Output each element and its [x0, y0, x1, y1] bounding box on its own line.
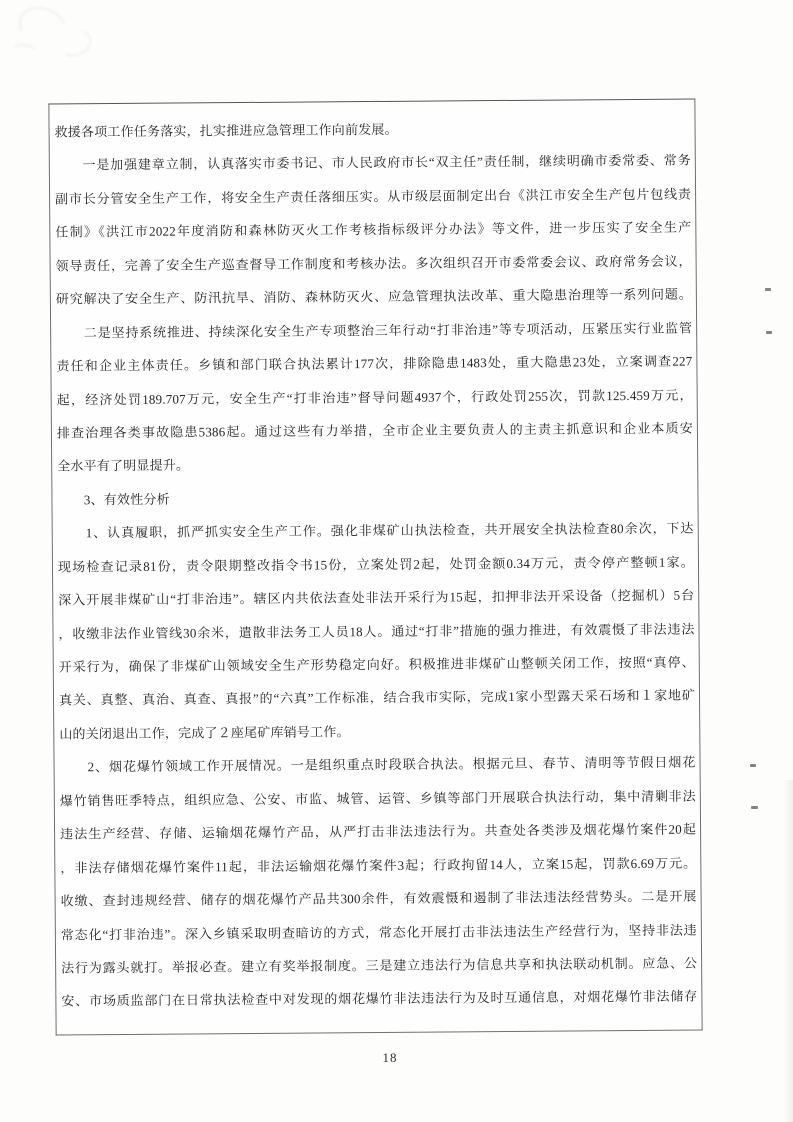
- text-line: 安、市场质监部门在日常执法检查中对发现的烟花爆竹非法违法行为及时互通信息，对烟花…: [61, 980, 697, 1018]
- text-line: 爆竹销售旺季特点，组织应急、公安、市监、城管、运管、乡镇等部门开展联合执法行动，…: [60, 779, 696, 817]
- text-line: 领导责任，完善了安全生产巡查督导工作制度和考核办法。多次组织召开市委常委会议、政…: [55, 244, 691, 282]
- scan-speck: [765, 288, 771, 291]
- text-line: 深入开展非煤矿山“打非治违”。辖区内共依法查处非法开采行为15起，扣押非法开采设…: [58, 579, 694, 617]
- text-line: 救援各项工作任务落实，扎实推进应急管理工作向前发展。: [54, 111, 690, 149]
- text-line: 任制》《洪江市2022年度消防和森林防灭火工作考核指标级评分办法》等文件，进一步…: [55, 211, 691, 249]
- document-text-cell: 救援各项工作任务落实，扎实推进应急管理工作向前发展。 一是加强建章立制，认真落实…: [48, 98, 702, 1035]
- text-line: 山的关闭退出工作，完成了２座尾矿库销号工作。: [59, 712, 695, 750]
- scan-speck: [766, 331, 772, 334]
- text-line: 起，经济处罚189.707万元，安全生产“打非治违”督导问题4937个，行政处罚…: [57, 378, 693, 416]
- text-line: 排查治理各类事故隐患5386起。通过这些有力举措，全市企业主要负责人的主责主抓意…: [57, 411, 693, 449]
- scan-speck: [750, 764, 756, 767]
- text-line: 副市长分管安全生产工作，将安全生产责任落细压实。从市级层面制定出台《洪江市安全生…: [55, 177, 691, 215]
- text-line: 真关、真整、真治、真查、真报”的“六真”工作标准，结合我市实际，完成1家小型露天…: [59, 679, 695, 717]
- text-line: 2、烟花爆竹领域工作开展情况。一是组织重点时段联合执法。根据元旦、春节、清明等节…: [59, 746, 695, 784]
- page-number: 18: [0, 1050, 780, 1066]
- text-line: 1、认真履职，抓严抓实安全生产工作。强化非煤矿山执法检查，共开展安全执法检查80…: [58, 512, 694, 550]
- text-line: 法行为露头就打。举报必查。建立有奖举报制度。三是建立违法行为信息共享和执法联动机…: [61, 946, 697, 984]
- text-line: 责任和企业主体责任。乡镇和部门联合执法累计177次，排除隐患1483处，重大隐患…: [56, 345, 692, 383]
- scanned-page: 救援各项工作任务落实，扎实推进应急管理工作向前发展。 一是加强建章立制，认真落实…: [0, 0, 793, 1122]
- text-line: 全水平有了明显提升。: [57, 445, 693, 483]
- text-line: 一是加强建章立制，认真落实市委书记、市人民政府市长“双主任”责任制，继续明确市委…: [55, 144, 691, 182]
- section-heading-line: 3、有效性分析: [57, 478, 693, 516]
- text-line: 研究解决了安全生产、防汛抗旱、消防、森林防灭火、应急管理执法改革、重大隐患治理等…: [56, 278, 692, 316]
- text-line: 收缴、查封违规经营、储存的烟花爆竹产品共300余件，有效震慑和遏制了非法违法经营…: [60, 880, 696, 918]
- text-line: 违法生产经营、存储、运输烟花爆竹产品，从严打击非法违法行为。共查处各类涉及烟花爆…: [60, 813, 696, 851]
- page-edge-shadow: [783, 780, 793, 1122]
- text-line: ，收缴非法作业管线30余米，遣散非法务工人员18人。通过“打非”措施的强力推进，…: [58, 612, 694, 650]
- text-line: 开采行为，确保了非煤矿山领域安全生产形势稳定向好。积极推进非煤矿山整顿关闭工作，…: [59, 645, 695, 683]
- text-line: ，非法存储烟花爆竹案件11起，非法运输烟花爆竹案件3起；行政拘留14人，立案15…: [60, 846, 696, 884]
- text-line: 常态化“打非治违”。深入乡镇采取明查暗访的方式，常态化开展打击非法违法生产经营行…: [61, 913, 697, 951]
- text-line: 现场检查记录81份，责令限期整改指令书15份，立案处罚2起，处罚金额0.34万元…: [58, 545, 694, 583]
- text-line: 二是坚持系统推进、持续深化安全生产专项整治三年行动“打非治违”等专项活动，压紧压…: [56, 311, 692, 349]
- scan-smudge-artifact: [9, 42, 39, 64]
- scan-speck: [751, 806, 758, 809]
